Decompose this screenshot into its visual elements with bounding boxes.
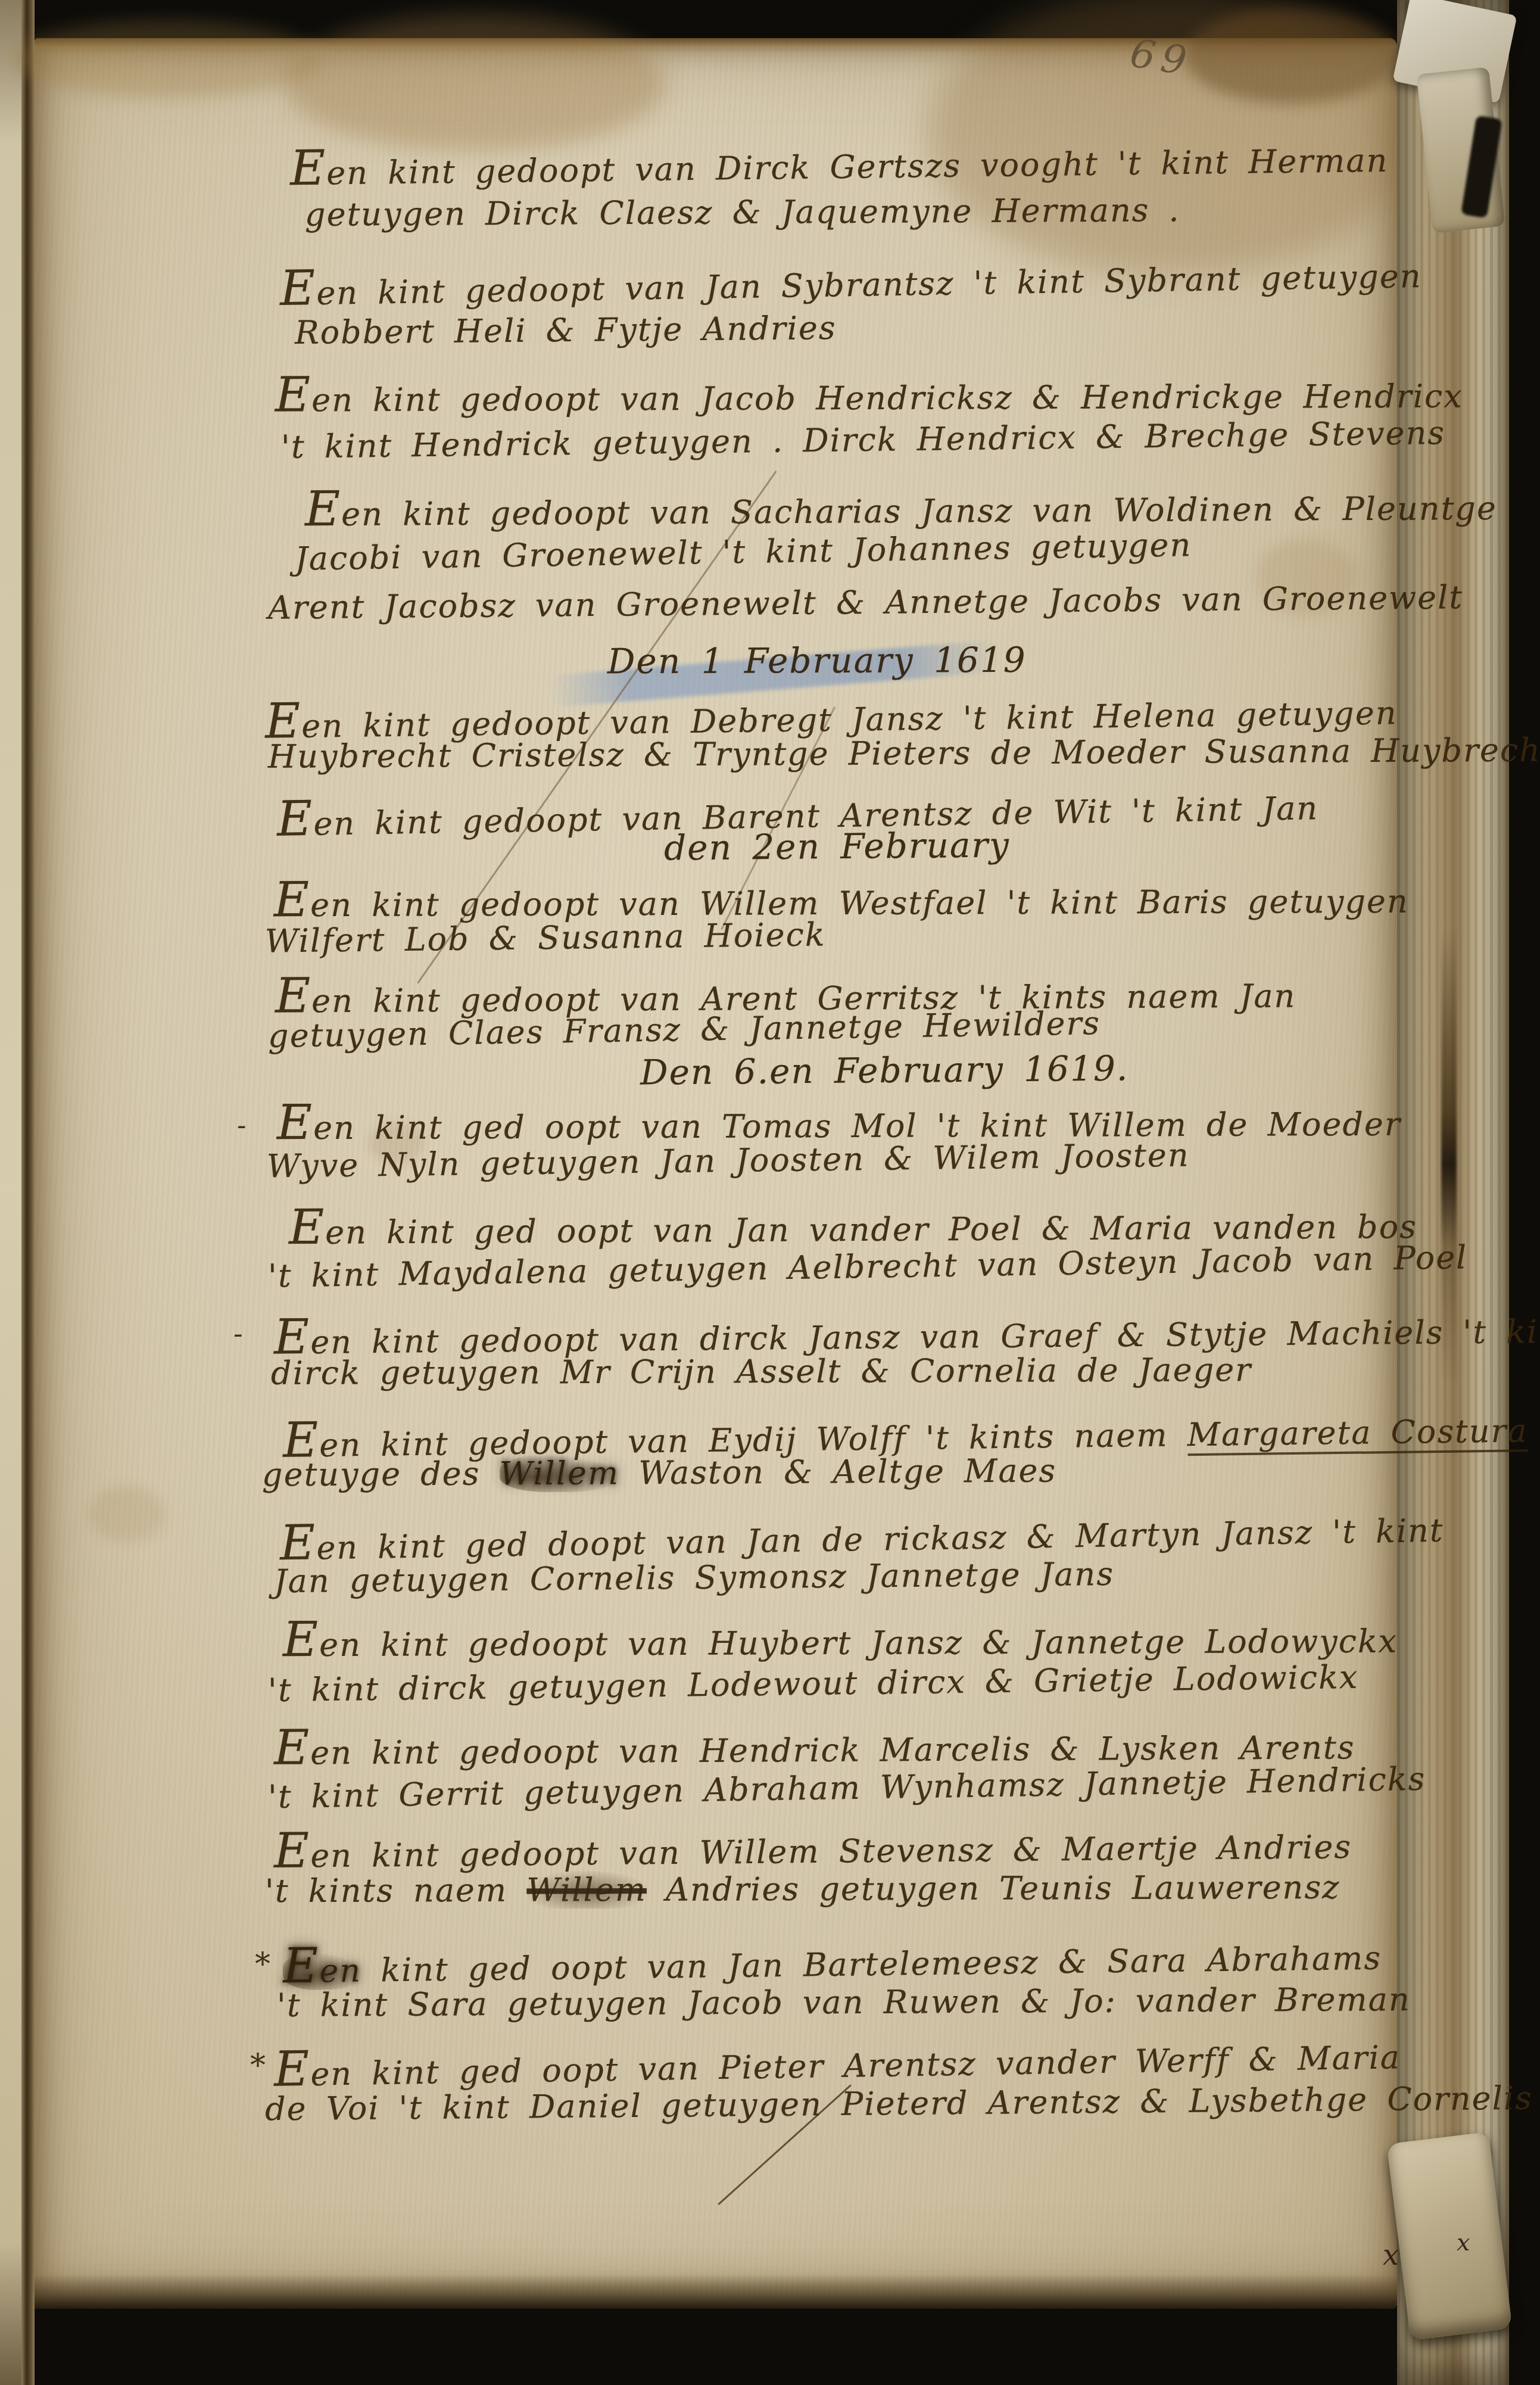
text-segment: Den 1: [607, 640, 744, 681]
manuscript-line: Een kint ged oopt van Tomas Mol 't kint …: [277, 1095, 1401, 1148]
manuscript-line: Robbert Heli & Fytje Andries: [295, 312, 837, 349]
manuscript-line: Een kint gedoopt van Jan Sybrantsz 't ki…: [279, 247, 1421, 313]
manuscript-line: Een kint gedoopt van Jacob Hendricksz & …: [275, 368, 1463, 420]
text-segment: Een kint gedoopt van Huybert Jansz & Jan…: [283, 1623, 1398, 1664]
manuscript-line: 't kint Sara getuygen Jacob van Ruwen & …: [277, 1984, 1411, 2022]
text-segment: den 2en February: [664, 824, 1011, 868]
text-segment: Een kint gedoopt van Willem Stevensz & M…: [274, 1828, 1352, 1875]
text-segment: Waston & Aeltge Maes: [619, 1452, 1056, 1492]
manuscript-line: Wyve Nyln getuygen Jan Joosten & Wilem J…: [267, 1139, 1190, 1183]
text-segment: getuygen Dirck Claesz & Jaquemyne Herman…: [305, 191, 1180, 233]
text-segment: Een kint gedoopt van Willem Westfael 't …: [274, 883, 1409, 924]
text-segment: Robbert Heli & Fytje Andries: [295, 309, 837, 351]
text-segment-underline: Margareta Costura: [1187, 1412, 1528, 1456]
manuscript-line: 't kints naem Willem Andries getuygen Te…: [265, 1872, 1341, 1907]
margin-mark: -: [237, 1109, 247, 1141]
manuscript-line: getuyge des Willem Waston & Aeltge Maes: [262, 1455, 1056, 1492]
text-segment: getuyge des: [262, 1455, 500, 1493]
photograph-of-register-page: { "page": { "number": "69" }, "colors": …: [0, 0, 1540, 2385]
text-segment: Een kint gedoopt van Dirck Gertszs voogh…: [290, 142, 1389, 193]
text-segment: Jacobi van Groenewelt 't kint Johannes g…: [295, 526, 1192, 578]
text-segment-highlight: February 1619: [744, 640, 1027, 681]
manuscript-line: Huybrecht Cristelsz & Tryntge Pieters de…: [268, 734, 1540, 773]
text-segment: Huybrecht Cristelsz & Tryntge Pieters de…: [268, 731, 1540, 775]
manuscript-line: Een kint gedoopt van Willem Westfael 't …: [274, 873, 1409, 925]
text-segment: 't kint dirck getuygen Lodewout dircx & …: [268, 1658, 1359, 1709]
manuscript-line: getuygen Dirck Claesz & Jaquemyne Herman…: [305, 194, 1180, 231]
text-segment-blot: Willem: [499, 1454, 619, 1492]
date-header-line: Den 1 February 1619: [607, 643, 1027, 678]
text-segment: Arent Jacobsz van Groenewelt & Annetge J…: [268, 578, 1464, 627]
text-segment: dirck getuygen Mr Crijn Asselt & Corneli…: [271, 1351, 1252, 1392]
date-header-line: Den 6.en February 1619.: [640, 1051, 1129, 1089]
margin-mark: *: [250, 2048, 266, 2084]
text-segment: Den 6.en February 1619.: [640, 1048, 1129, 1092]
date-header-line: den 2en February: [664, 827, 1010, 865]
manuscript-line: Jacobi van Groenewelt 't kint Johannes g…: [295, 529, 1192, 575]
manuscript-line: Een kint gedoopt van Huybert Jansz & Jan…: [283, 1612, 1398, 1665]
text-segment: 't kint Sara getuygen Jacob van Ruwen & …: [277, 1981, 1411, 2024]
corner-x-mark: x: [1457, 2229, 1470, 2256]
manuscript-line: Een kint gedoopt van Dirck Gertszs voogh…: [290, 132, 1389, 194]
manuscript-line: de Voi 't kint Daniel getuygen Pieterd A…: [265, 2082, 1533, 2126]
manuscript-line: Een kint gedoopt van Sacharias Jansz van…: [305, 480, 1497, 534]
text-segment: Wilfert Lob & Susanna Hoieck: [265, 916, 826, 960]
text-segment-blot: Een: [283, 1952, 362, 1991]
margin-mark: *: [255, 1947, 270, 1982]
handwritten-text-layer: Een kint gedoopt van Dirck Gertszs voogh…: [0, 0, 1540, 2385]
manuscript-line: Arent Jacobsz van Groenewelt & Annetge J…: [268, 581, 1464, 624]
text-segment: Andries getuygen Teunis Lauwerensz: [647, 1869, 1341, 1908]
manuscript-line: Jan getuygen Cornelis Symonsz Jannetge J…: [274, 1558, 1114, 1598]
text-segment-strike: Willem: [526, 1871, 647, 1909]
manuscript-line: Wilfert Lob & Susanna Hoieck: [265, 918, 826, 957]
corner-x-mark: x: [1383, 2238, 1399, 2272]
margin-mark: -: [233, 1318, 243, 1350]
manuscript-line: dirck getuygen Mr Crijn Asselt & Corneli…: [271, 1354, 1252, 1390]
manuscript-line: Een kint gedoopt van Willem Stevensz & M…: [274, 1818, 1352, 1876]
text-segment: Een kint gedoopt van Jan Sybrantsz 't ki…: [280, 257, 1422, 313]
manuscript-line: 't kint dirck getuygen Lodewout dircx & …: [268, 1661, 1359, 1707]
text-segment: 't kints naem: [265, 1872, 527, 1910]
manuscript-line: 't kint Hendrick getuygen . Dirck Hendri…: [281, 417, 1446, 463]
text-segment: Een kint gedoopt van Jacob Hendricksz & …: [275, 378, 1463, 419]
text-segment: Jan getuygen Cornelis Symonsz Jannetge J…: [274, 1555, 1114, 1600]
text-segment: 't kint Hendrick getuygen . Dirck Hendri…: [281, 414, 1446, 466]
text-segment: Een kint gedoopt van Sacharias Jansz van…: [305, 490, 1497, 533]
